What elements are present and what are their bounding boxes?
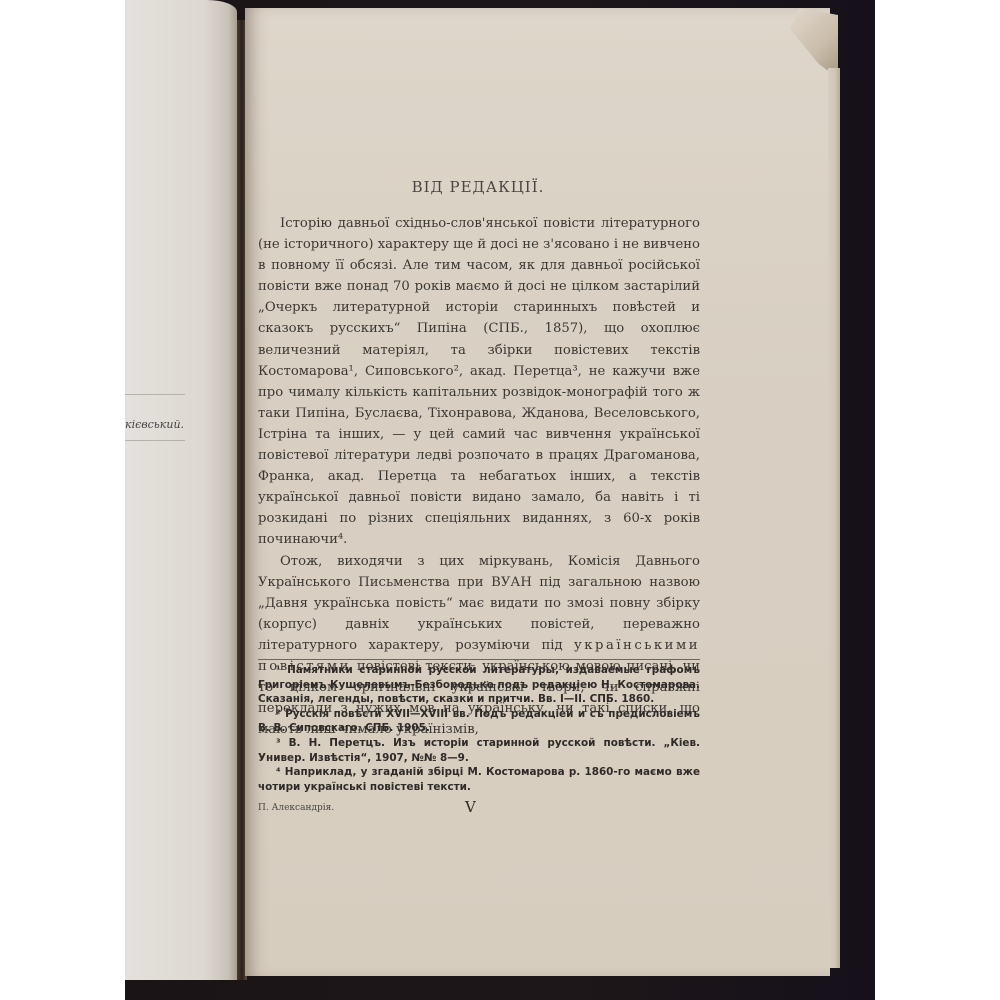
signature-mark: П. Александрія. xyxy=(258,803,334,813)
footnotes: ¹ Памятники старинной русской литературы… xyxy=(258,663,700,794)
paragraph-1: Історію давньої східньо-слов'янської пов… xyxy=(258,213,700,551)
page-edge xyxy=(828,68,840,968)
body-text: Історію давньої східньо-слов'янської пов… xyxy=(258,213,700,740)
left-page: кієвський. xyxy=(125,0,237,980)
left-page-rule xyxy=(125,440,185,441)
footnote-2: ² Русскія повѣсти XVII—XVIII вв. Подъ ре… xyxy=(258,707,700,736)
footnote-1: ¹ Памятники старинной русской литературы… xyxy=(258,663,700,707)
left-page-text-fragment: кієвський. xyxy=(125,418,184,431)
page-number: V xyxy=(465,798,476,816)
footnote-3: ³ В. Н. Перетцъ. Изъ исторіи старинной р… xyxy=(258,736,700,765)
right-page: ВІД РЕДАКЦІЇ. Історію давньої східньо-сл… xyxy=(245,8,830,976)
page-title: ВІД РЕДАКЦІЇ. xyxy=(258,178,698,196)
footnote-4: ⁴ Наприклад, у згаданій збірці М. Костом… xyxy=(258,765,700,794)
footnote-divider xyxy=(258,659,700,660)
left-page-rule xyxy=(125,394,185,395)
